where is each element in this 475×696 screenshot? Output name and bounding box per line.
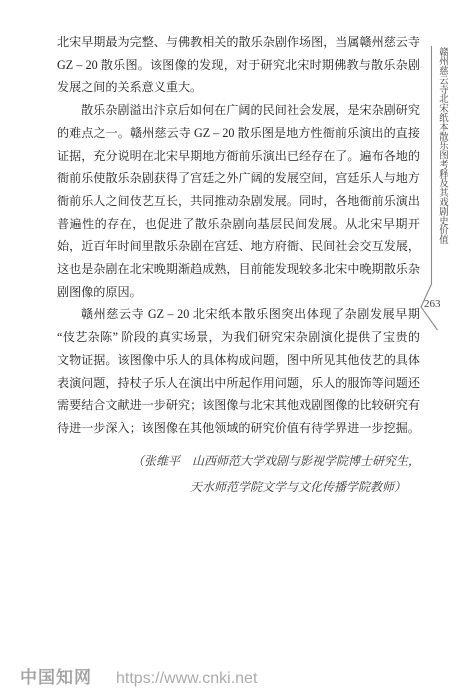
body-line: 衙前乐使散乐杂剧获得了宫廷之外广阔的发展空间，宫廷乐人与地方 [57, 167, 420, 190]
body-line: 发展之间的关系意义重大。 [57, 76, 420, 99]
body-line: 剧图像的原因。 [57, 281, 420, 304]
author-line-1: （张维平 山西师范大学戏剧与影视学院博士研究生， [57, 448, 420, 474]
author-attribution: （张维平 山西师范大学戏剧与影视学院博士研究生， 天水师范学院文学与文化传播学院… [57, 448, 420, 500]
article-body: 北宋早期最为完整、与佛教相关的散乐杂剧作场图，当属赣州慈云寺 GZ – 20 散… [57, 31, 420, 440]
body-line: 始，近百年时间里散乐杂剧在宫廷、地方府衙、民间社会交互发展， [57, 235, 420, 258]
body-line: 散乐杂剧溢出汴京后如何在广阔的民间社会发展，是宋杂剧研究 [57, 99, 420, 122]
body-line: 需要结合文献进一步研究；该图像与北宋其他戏剧图像的比较研究有 [57, 394, 420, 417]
body-line: 衙前乐人之间伎艺互长，共同推动杂剧发展。同时，各地衙前乐演出 [57, 190, 420, 213]
body-line: 待进一步深入；该图像在其他领域的研究价值有待学界进一步挖掘。 [57, 417, 420, 440]
body-line: 的难点之一。赣州慈云寺 GZ – 20 散乐图是地方性衙前乐演出的直接 [57, 122, 420, 145]
footer-watermark: 中国知网 https://www.cnki.net [20, 663, 257, 688]
body-line: 证据，充分说明在北宋早期地方衙前乐演出已经存在了。遍布各地的 [57, 145, 420, 168]
body-line: 文物证据。该图像中乐人的具体构成问题，图中所见其他伎艺的具体 [57, 349, 420, 372]
body-line: 赣州慈云寺 GZ – 20 北宋纸本散乐图突出体现了杂剧发展早期 [57, 303, 420, 326]
cnki-url-link[interactable]: https://www.cnki.net [116, 670, 257, 688]
body-line: 北宋早期最为完整、与佛教相关的散乐杂剧作场图，当属赣州慈云寺 [57, 31, 420, 54]
running-title-vertical: 赣州慈云寺北宋纸本散乐图考释及其戏剧史价值 [434, 47, 449, 247]
body-line: 这也是杂剧在北宋晚期渐趋成熟，目前能发现较多北宋中晚期散乐杂 [57, 258, 420, 281]
body-line: GZ – 20 散乐图。该图像的发现，对于研究北宋时期佛教与散乐杂剧 [57, 54, 420, 77]
cnki-logo: 中国知网 [20, 663, 92, 688]
body-line: 普遍性的存在，也促进了散乐杂剧向基层民间发展。从北宋早期开 [57, 213, 420, 236]
page-number: 263 [424, 298, 441, 310]
author-line-2: 天水师范学院文学与文化传播学院教师） [57, 474, 420, 500]
body-line: 表演问题，持杖子乐人在演出中所起作用问题，乐人的服饰等问题还 [57, 372, 420, 395]
body-line: “伎艺杂陈” 阶段的真实场景，为我们研究宋杂剧演化提供了宝贵的 [57, 326, 420, 349]
